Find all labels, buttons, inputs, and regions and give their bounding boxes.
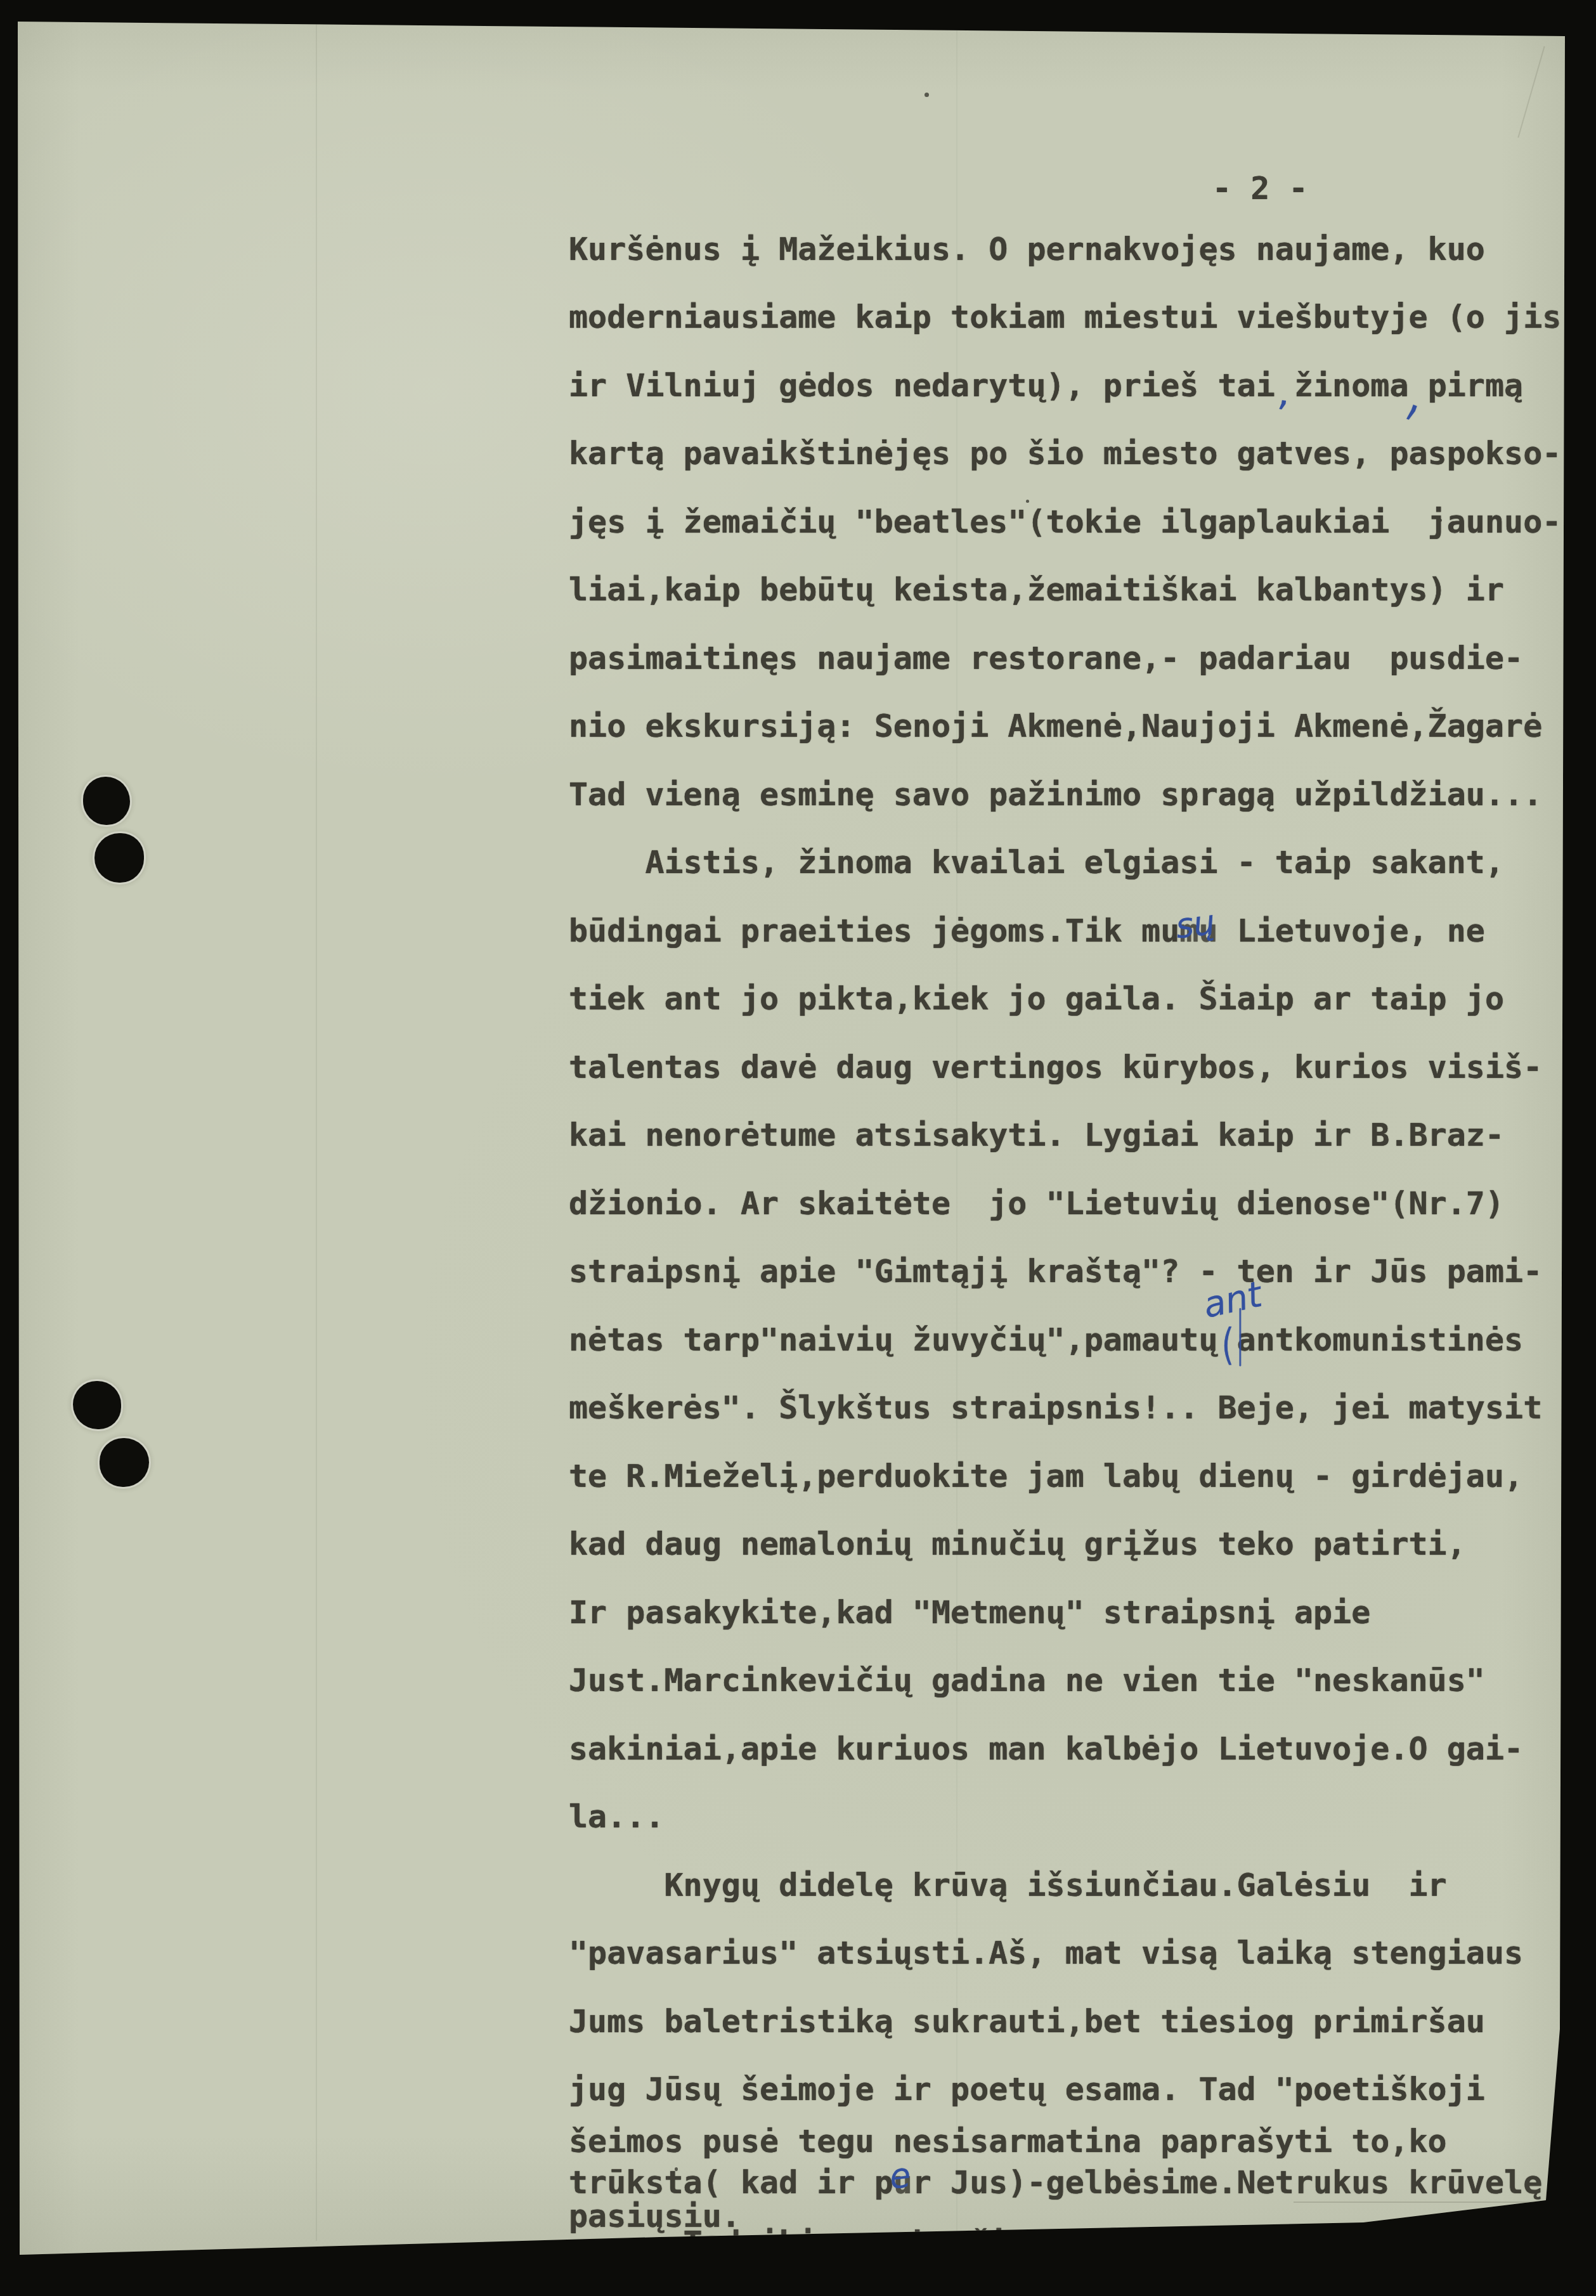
ink-overwrite: ue xyxy=(893,2167,912,2198)
typed-line: nėtas tarp"naivių žuvyčių",pamautų(antko… xyxy=(569,1324,1523,1356)
horizontal-fold-crease xyxy=(1294,2202,1560,2203)
typed-line: tiek ant jo pikta,kiek jo gaila. Šiaip a… xyxy=(569,983,1504,1015)
typed-line: moderniausiame kaip tokiam miestui viešb… xyxy=(569,301,1561,333)
typed-line: nio ekskursiją: Senoji Akmenė,Naujoji Ak… xyxy=(569,710,1542,742)
handwritten-correction: e xyxy=(888,2158,913,2195)
vertical-fold-crease xyxy=(316,22,317,2241)
typed-line: "pavasarius" atsiųsti.Aš, mat visą laiką… xyxy=(569,1937,1523,1969)
typed-line: jęs į žemaičių "beatles"(tokie ilgaplauk… xyxy=(569,506,1561,538)
typed-line: straipsnį apie "Gimtąjį kraštą"? - ten i… xyxy=(569,1255,1542,1287)
typed-line: talentas davė daug vertingos kūrybos, ku… xyxy=(569,1051,1542,1083)
typed-line: šeimos pusė tegu nesisarmatina paprašyti… xyxy=(569,2125,1447,2157)
ink-overwrite: musų xyxy=(1179,915,1217,947)
typed-line: džionio. Ar skaitėte jo "Lietuvių dienos… xyxy=(569,1188,1504,1219)
punch-hole xyxy=(73,1381,121,1429)
typed-line: jug Jūsų šeimoje ir poetų esama. Tad "po… xyxy=(569,2073,1485,2105)
typed-line: Ir pasakykite,kad "Metmenų" straipsnį ap… xyxy=(569,1597,1370,1628)
typed-line: liai,kaip bebūtų keista,žemaitiškai kalb… xyxy=(569,574,1504,606)
typed-line: Just.Marcinkevičių gadina ne vien tie "n… xyxy=(569,1664,1485,1696)
typed-line: trūksta( kad ir puer Jus)-gelbėsime.Netr… xyxy=(569,2167,1542,2198)
typed-line: Jums baletristiką sukrauti,bet tiesiog p… xyxy=(569,2006,1485,2037)
punch-hole xyxy=(100,1438,149,1487)
typed-line: būdingai praeities jėgoms.Tik mumusų Lie… xyxy=(569,915,1485,947)
typed-line: Kuršėnus į Mažeikius. O pernakvojęs nauj… xyxy=(569,233,1485,265)
handwritten-mark: , xyxy=(1273,377,1296,412)
typed-line: pasimaitinęs naujame restorane,- padaria… xyxy=(569,642,1523,674)
punch-hole xyxy=(83,777,130,825)
punch-hole xyxy=(94,833,144,883)
letter-page: - 2 - Kuršėnus į Mažeikius. O pernakvoję… xyxy=(0,0,1596,2296)
typed-line: la... xyxy=(569,1801,665,1832)
page-number: - 2 - xyxy=(1212,170,1308,207)
typed-line: kartą pavaikštinėjęs po šio miesto gatve… xyxy=(569,438,1561,469)
typed-line: ir Vilniuj gėdos nedarytų), prieš tai,ži… xyxy=(569,370,1523,401)
typed-line: kad daug nemalonių minučių grįžus teko p… xyxy=(569,1528,1466,1560)
typed-line: te R.Mieželį,perduokite jam labų dienų -… xyxy=(569,1460,1523,1492)
paper-speck xyxy=(1026,500,1029,503)
paper-speck xyxy=(925,93,929,97)
handwritten-mark: ( xyxy=(1218,1323,1237,1366)
handwritten-mark: , xyxy=(1400,367,1436,424)
typed-line: kai nenorėtume atsisakyti. Lygiai kaip i… xyxy=(569,1119,1504,1151)
handwritten-correction: sų xyxy=(1174,905,1217,944)
typed-line: meškerės". Šlykštus straipsnis!.. Beje, … xyxy=(569,1392,1542,1424)
corner-crease xyxy=(1517,46,1545,138)
typed-line: Aistis, žinoma kvailai elgiasi - taip sa… xyxy=(569,846,1504,878)
typed-line: Tad vieną esminę savo pažinimo spragą už… xyxy=(569,779,1542,810)
typed-line: Knygų didelę krūvą išsiunčiau.Galėsiu ir xyxy=(569,1869,1447,1901)
typed-line: Tad iki - sekančio sykio. xyxy=(569,2227,1160,2259)
typed-line: sakiniai,apie kuriuos man kalbėjo Lietuv… xyxy=(569,1733,1523,1765)
